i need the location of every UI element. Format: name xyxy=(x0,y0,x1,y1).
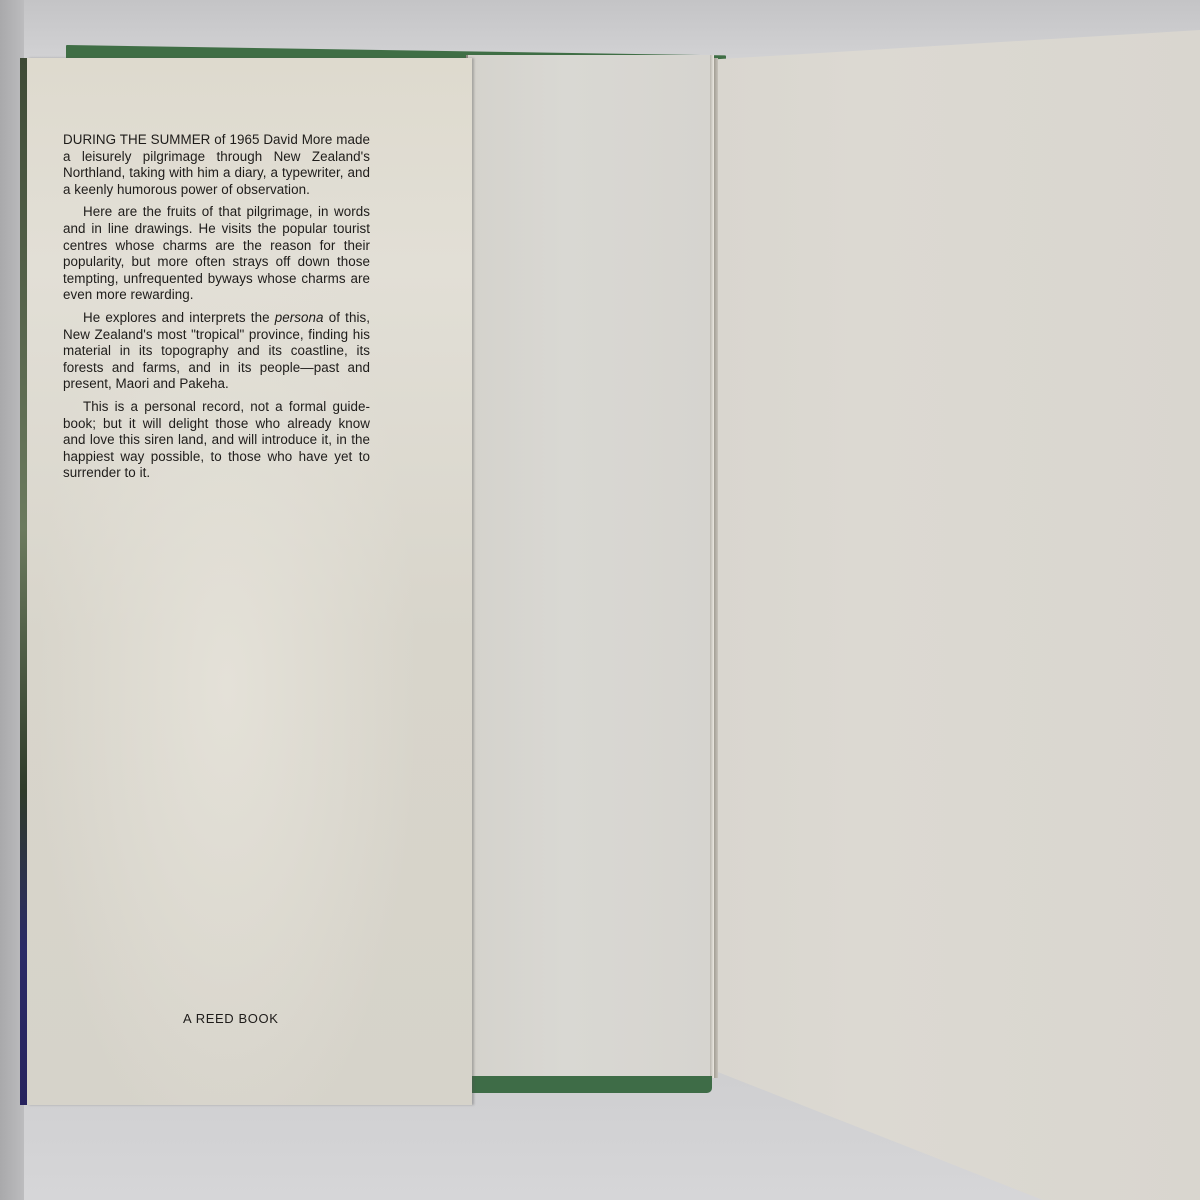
publisher-imprint: A REED BOOK xyxy=(183,1011,278,1026)
front-endpaper xyxy=(466,55,712,1078)
blurb-lead: DURING THE SUMMER xyxy=(63,132,210,147)
blurb-paragraph-3: He explores and interprets the persona o… xyxy=(63,310,370,393)
blurb-paragraph-2: Here are the fruits of that pilgrimage, … xyxy=(63,204,370,304)
blurb-italic-term: persona xyxy=(275,310,324,325)
blurb-paragraph-4: This is a personal record, not a formal … xyxy=(63,399,370,482)
flyleaf-page xyxy=(716,30,1200,1200)
jacket-blurb: DURING THE SUMMER of 1965 David More mad… xyxy=(63,132,370,488)
book-board-bottom-edge xyxy=(470,1076,712,1093)
blurb-paragraph-1: DURING THE SUMMER of 1965 David More mad… xyxy=(63,132,370,198)
